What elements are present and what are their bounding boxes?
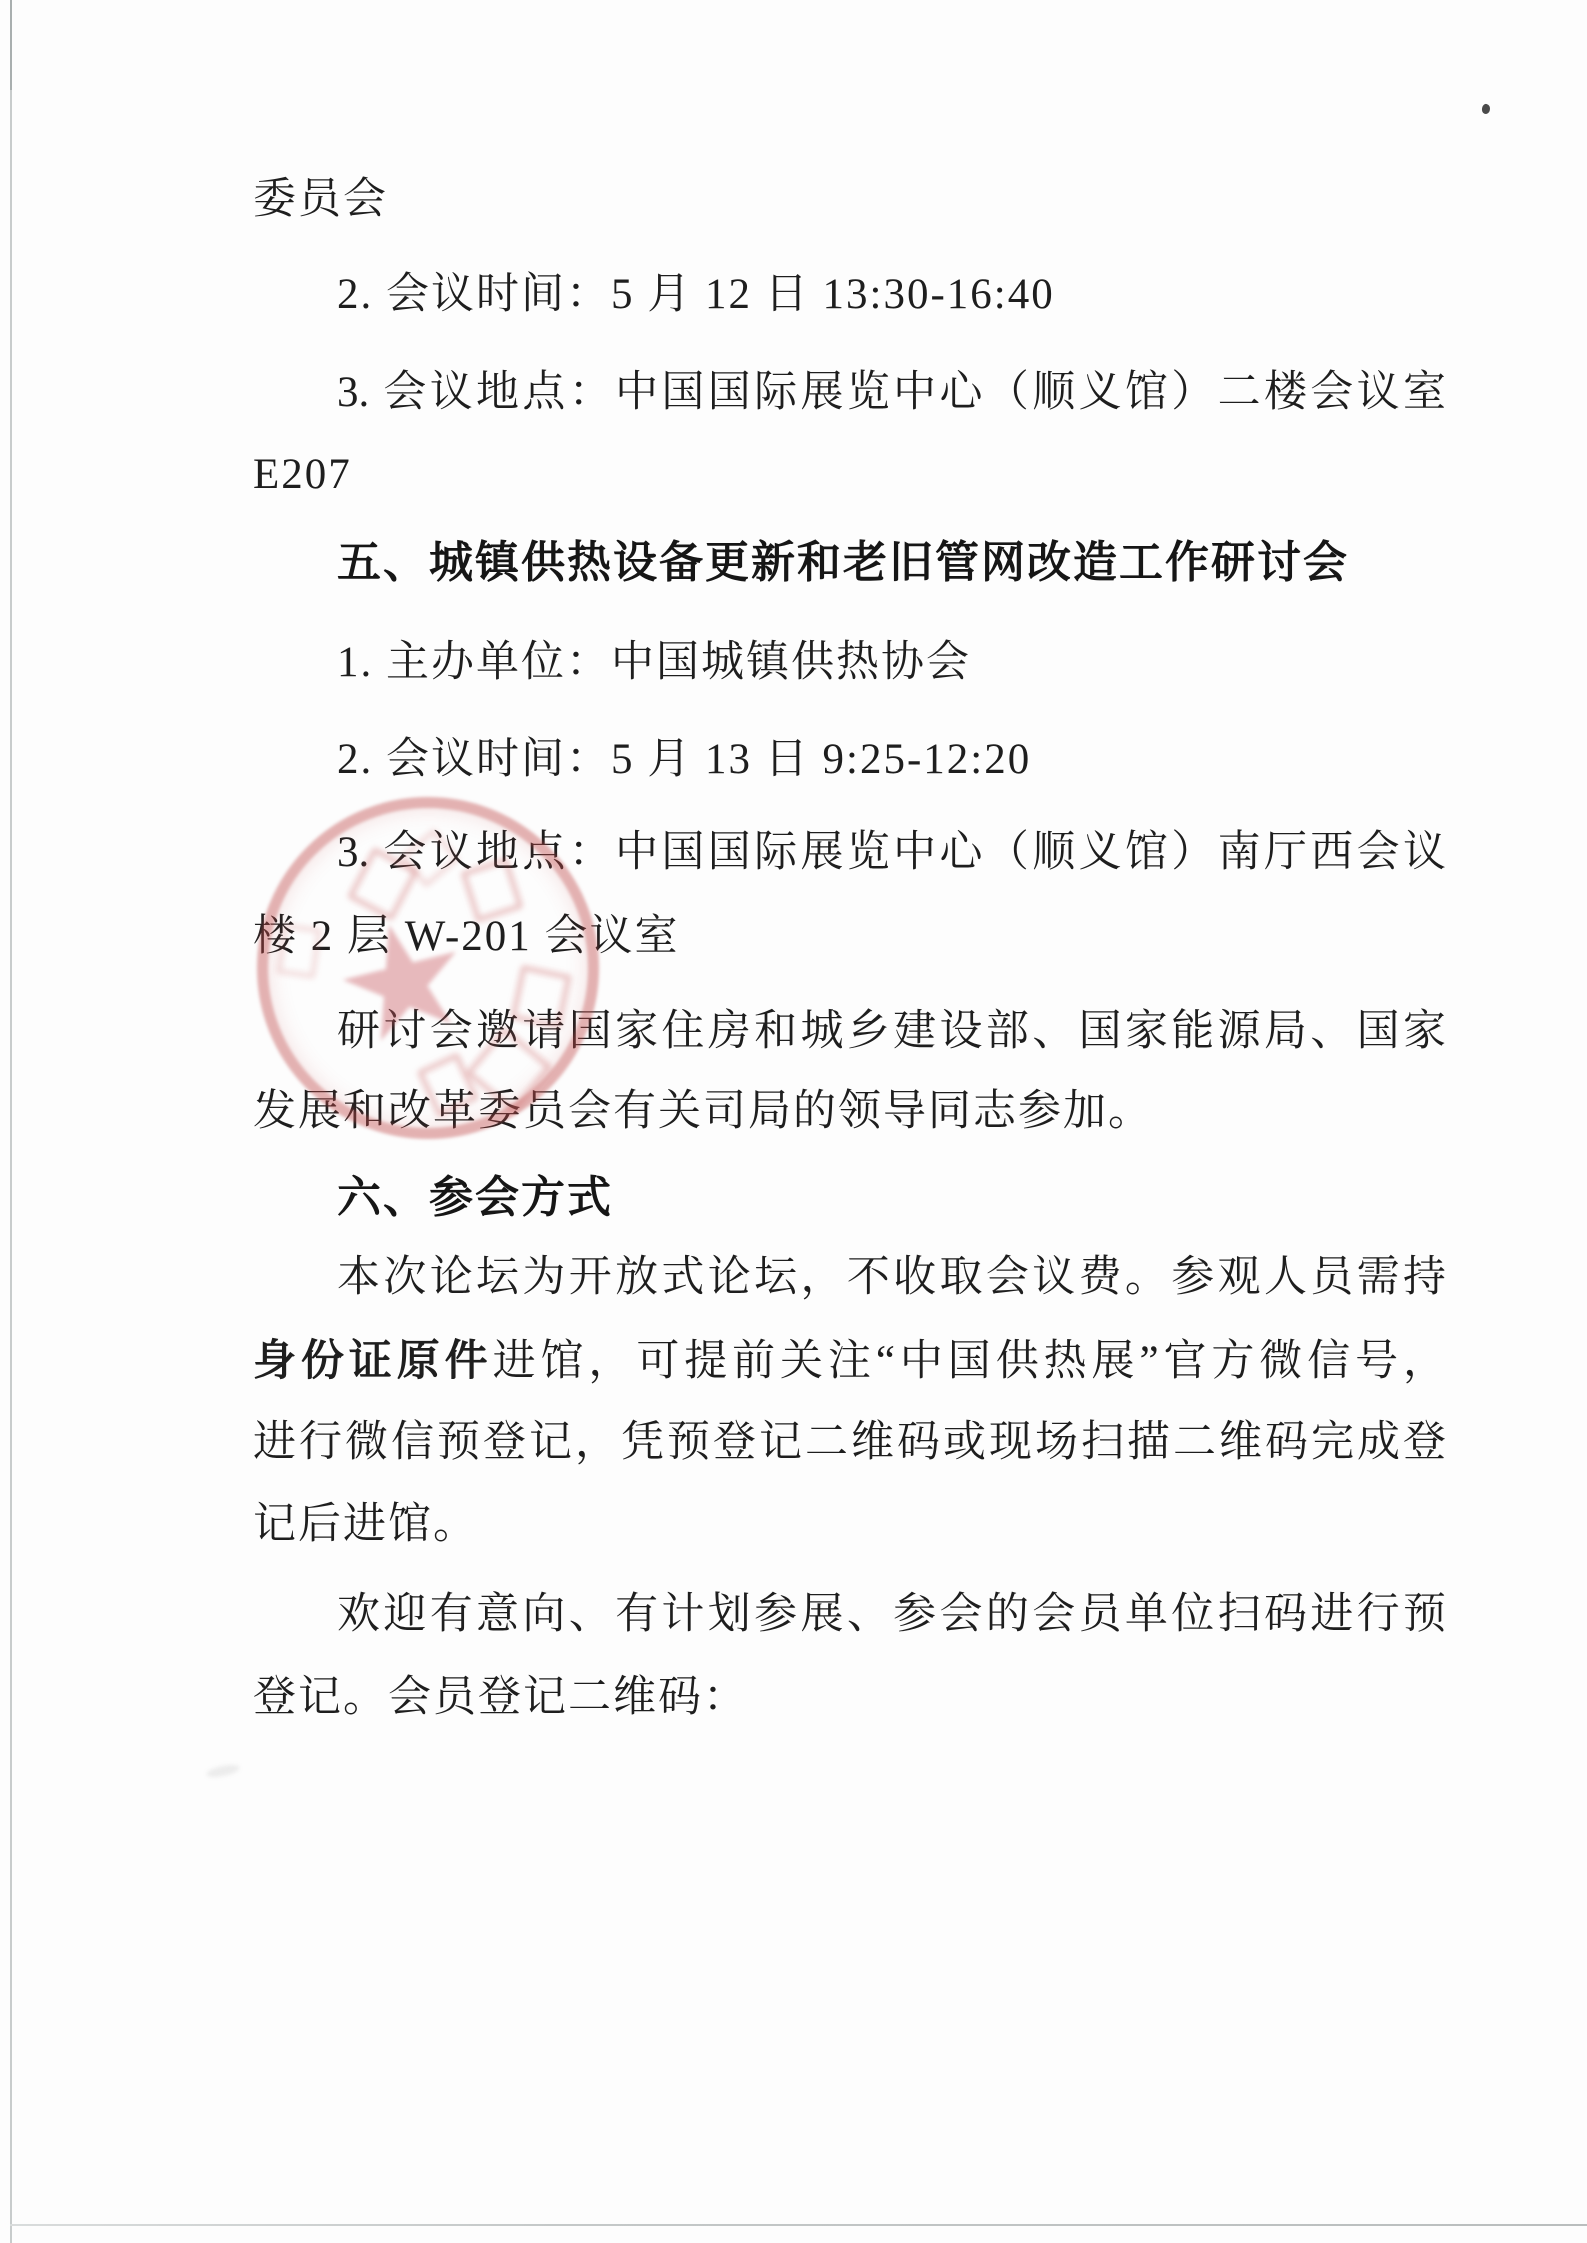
line-text: 楼 2 层 W-201 会议室 xyxy=(253,913,680,960)
bold-text: 身份证原件 xyxy=(253,1338,493,1385)
line-text: 发展和改革委员会有关司局的领导同志参加。 xyxy=(253,1088,1153,1135)
line-text: 3. 会议地点：中国国际展览中心（顺义馆）南厅西会议 xyxy=(337,829,1446,876)
document-line: 身份证原件进馆，可提前关注“中国供热展”官方微信号， xyxy=(253,1337,1446,1387)
document-line: 欢迎有意向、有计划参展、参会的会员单位扫码进行预 xyxy=(253,1590,1446,1640)
line-text: 进馆，可提前关注“中国供热展”官方微信号， xyxy=(493,1338,1446,1385)
document-line: 3. 会议地点：中国国际展览中心（顺义馆）二楼会议室 xyxy=(253,368,1446,418)
document-line: 本次论坛为开放式论坛，不收取会议费。参观人员需持 xyxy=(253,1253,1446,1303)
document-line: 2. 会议时间：5 月 12 日 13:30-16:40 xyxy=(253,270,1446,320)
line-text: 五、城镇供热设备更新和老旧管网改造工作研讨会 xyxy=(337,538,1349,587)
scan-smudge xyxy=(205,1763,240,1780)
document-line: 记后进馆。 xyxy=(253,1500,1446,1550)
section-heading: 五、城镇供热设备更新和老旧管网改造工作研讨会 xyxy=(253,537,1446,588)
line-text: 进行微信预登记，凭预登记二维码或现场扫描二维码完成登 xyxy=(253,1419,1446,1466)
document-line: 楼 2 层 W-201 会议室 xyxy=(253,912,1446,962)
line-text: 2. 会议时间：5 月 13 日 9:25-12:20 xyxy=(337,736,1031,783)
document-line: 研讨会邀请国家住房和城乡建设部、国家能源局、国家 xyxy=(253,1007,1446,1057)
document-line: 发展和改革委员会有关司局的领导同志参加。 xyxy=(253,1087,1446,1137)
document-line: 委员会 xyxy=(253,175,1446,225)
document-line: 3. 会议地点：中国国际展览中心（顺义馆）南厅西会议 xyxy=(253,828,1446,878)
line-text: 记后进馆。 xyxy=(253,1501,478,1548)
page-edge-left xyxy=(10,0,12,2243)
line-text: 1. 主办单位：中国城镇供热协会 xyxy=(337,639,971,686)
line-text: 六、参会方式 xyxy=(337,1173,613,1222)
line-text: 研讨会邀请国家住房和城乡建设部、国家能源局、国家 xyxy=(337,1008,1446,1055)
document-line: 进行微信预登记，凭预登记二维码或现场扫描二维码完成登 xyxy=(253,1418,1446,1468)
line-text: 2. 会议时间：5 月 12 日 13:30-16:40 xyxy=(337,271,1055,318)
section-heading: 六、参会方式 xyxy=(253,1172,1446,1223)
line-text: 3. 会议地点：中国国际展览中心（顺义馆）二楼会议室 xyxy=(337,369,1446,416)
scan-speck xyxy=(1481,103,1491,114)
document-line: E207 xyxy=(253,450,1446,500)
line-text: 登记。会员登记二维码： xyxy=(253,1674,748,1721)
line-text: 委员会 xyxy=(253,176,388,223)
document-line: 1. 主办单位：中国城镇供热协会 xyxy=(253,638,1446,688)
document-line: 2. 会议时间：5 月 13 日 9:25-12:20 xyxy=(253,735,1446,785)
line-text: 本次论坛为开放式论坛，不收取会议费。参观人员需持 xyxy=(337,1254,1446,1301)
document-line: 登记。会员登记二维码： xyxy=(253,1673,1446,1723)
page-edge-bottom xyxy=(10,2224,1587,2226)
line-text: 欢迎有意向、有计划参展、参会的会员单位扫码进行预 xyxy=(337,1591,1446,1638)
line-text: E207 xyxy=(253,451,352,498)
scanned-document-page: 委员会2. 会议时间：5 月 12 日 13:30-16:403. 会议地点：中… xyxy=(0,0,1587,2243)
